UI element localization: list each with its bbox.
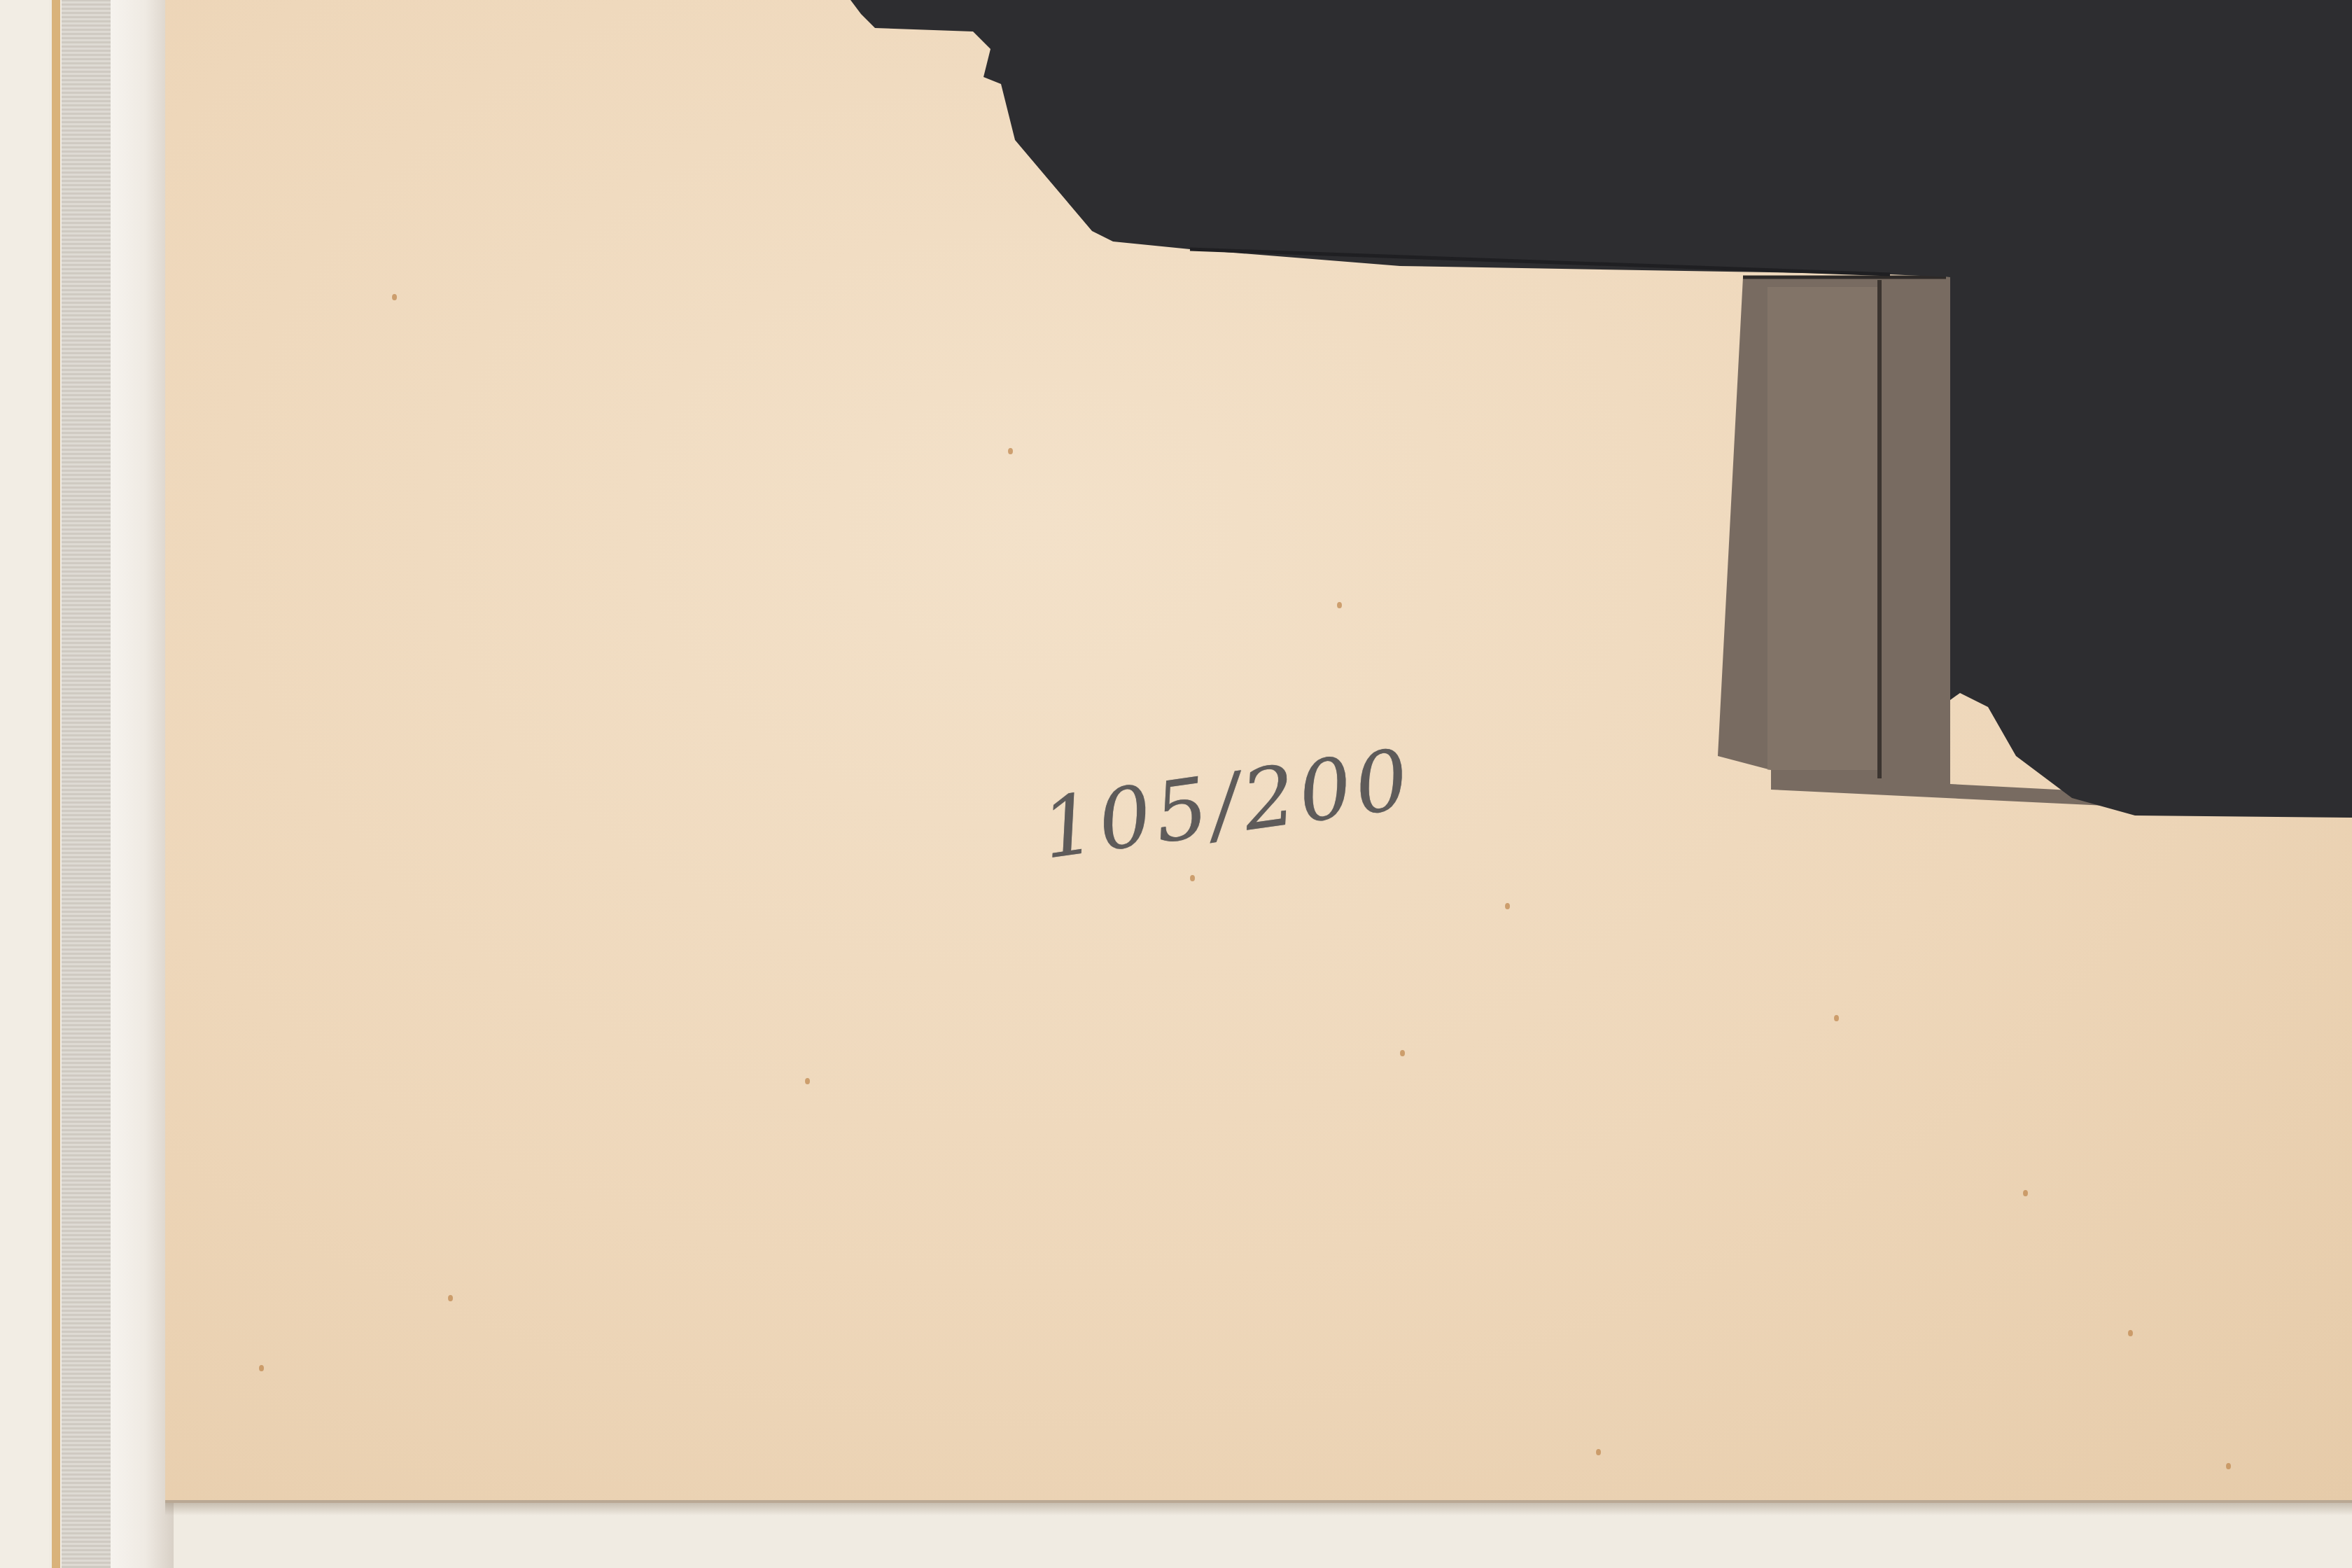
foxing-spot <box>2226 1463 2231 1469</box>
foxing-spot <box>2023 1190 2028 1196</box>
brown-column-highlight <box>1767 287 1879 770</box>
foxing-spot <box>448 1295 453 1301</box>
foxing-spot <box>1505 903 1510 909</box>
foxing-spot <box>1400 1050 1405 1056</box>
foxing-spot <box>1190 875 1195 881</box>
foxing-spot <box>392 294 397 300</box>
foxing-spot <box>2128 1330 2133 1336</box>
foxing-spot <box>1834 1015 1839 1021</box>
black-ink-mass <box>850 0 2352 818</box>
foxing-spot <box>1596 1449 1601 1455</box>
foxing-spot <box>805 1078 810 1084</box>
foxing-spot <box>1008 448 1013 454</box>
foxing-spot <box>1337 602 1342 608</box>
foxing-spot <box>259 1365 264 1371</box>
